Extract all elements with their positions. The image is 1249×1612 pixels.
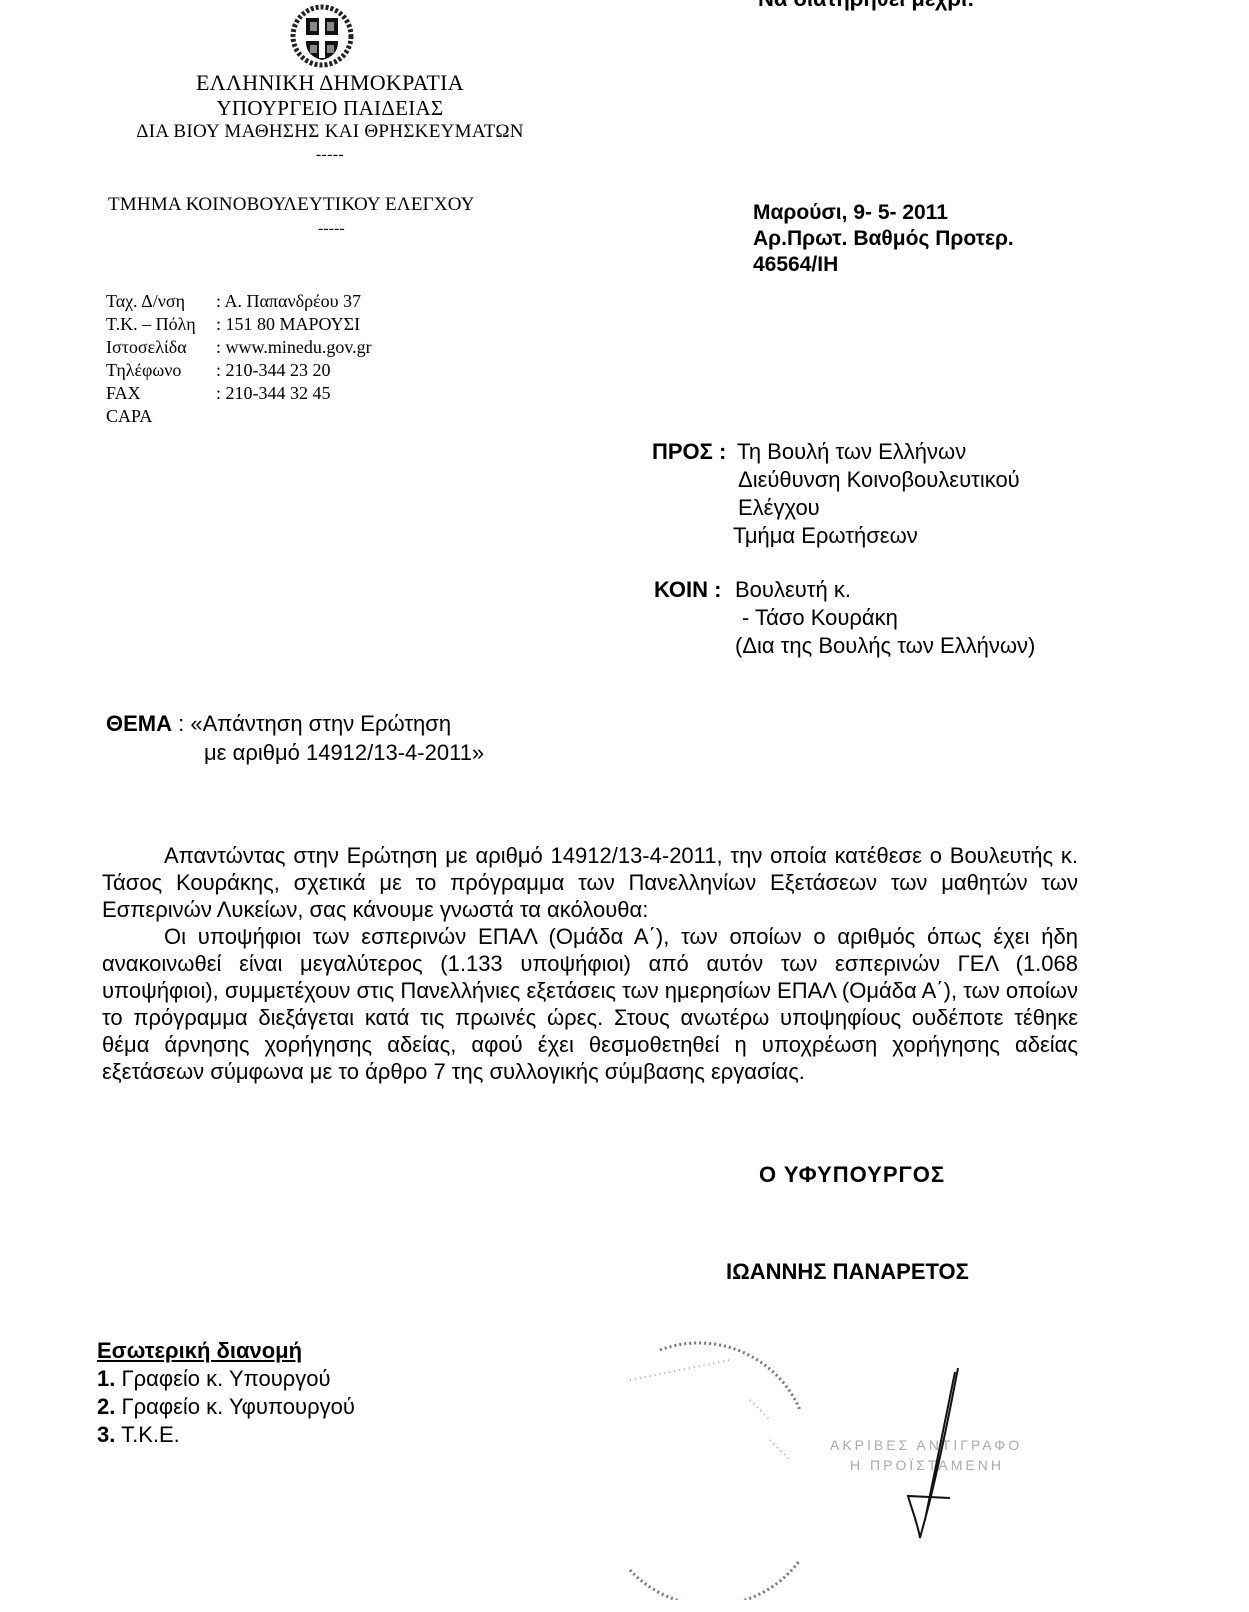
contact-row-address: Ταχ. Δ/νση: Α. Παπανδρέου 37 bbox=[106, 290, 372, 313]
distribution-title: Εσωτερική διανομή bbox=[97, 1337, 355, 1365]
contact-value: : 210-344 32 45 bbox=[216, 382, 331, 405]
subject-line-1: : «Απάντηση στην Ερώτηση bbox=[172, 711, 451, 736]
subject-label: ΘΕΜΑ bbox=[106, 711, 172, 736]
body-paragraph: Απαντώντας στην Ερώτηση με αριθμό 14912/… bbox=[102, 842, 1078, 923]
subject: ΘΕΜΑ : «Απάντηση στην Ερώτηση με αριθμό … bbox=[106, 709, 484, 767]
contact-value: : 151 80 ΜΑΡΟΥΣΙ bbox=[216, 313, 360, 336]
svg-text:ΑΚΡΙΒΕΣ ΑΝΤΙΓΡΑΦΟ: ΑΚΡΙΒΕΣ ΑΝΤΙΓΡΑΦΟ bbox=[830, 1437, 1022, 1453]
contact-row-phone: Τηλέφωνο: 210-344 23 20 bbox=[106, 359, 372, 382]
contact-label: Ταχ. Δ/νση bbox=[106, 290, 216, 313]
contact-row-website: Ιστοσελίδα: www.minedu.gov.gr bbox=[106, 336, 372, 359]
svg-text:Η ΠΡΟΪΣΤΑΜΕΝΗ: Η ΠΡΟΪΣΤΑΜΕΝΗ bbox=[850, 1457, 1004, 1473]
distribution-text: Γραφείο κ. Υπουργού bbox=[115, 1366, 330, 1391]
contact-row-capa: CAPA bbox=[106, 405, 372, 428]
place-date: Μαρούσι, 9- 5- 2011 bbox=[753, 200, 1014, 226]
distribution-number: 3. bbox=[97, 1422, 115, 1447]
cc-line: - Τάσο Κουράκη bbox=[735, 604, 1035, 632]
distribution-item: 1. Γραφείο κ. Υπουργού bbox=[97, 1365, 355, 1393]
contact-label: CAPA bbox=[106, 405, 216, 428]
distribution-item: 2. Γραφείο κ. Υφυπουργού bbox=[97, 1393, 355, 1421]
contact-value: : Α. Παπανδρέου 37 bbox=[216, 290, 361, 313]
body-paragraph: Οι υποψήφιοι των εσπερινών ΕΠΑΛ (Ομάδα Α… bbox=[102, 923, 1078, 1085]
signatory-name: ΙΩΑΝΝΗΣ ΠΑΝΑΡΕΤΟΣ bbox=[726, 1259, 969, 1285]
header-ministry-sub: ΔΙΑ ΒΙΟΥ ΜΑΘΗΣΗΣ ΚΑΙ ΘΡΗΣΚΕΥΜΑΤΩΝ bbox=[100, 121, 560, 143]
distribution-text: Τ.Κ.Ε. bbox=[115, 1422, 179, 1447]
letter-body: Απαντώντας στην Ερώτηση με αριθμό 14912/… bbox=[102, 842, 1078, 1085]
protocol-label: Αρ.Πρωτ. Βαθμός Προτερ. bbox=[753, 226, 1014, 252]
stamp-and-signature: ΑΚΡΙΒΕΣ ΑΝΤΙΓΡΑΦΟ Η ΠΡΟΪΣΤΑΜΕΝΗ bbox=[600, 1320, 1100, 1600]
to-line: Τη Βουλή των Ελλήνων bbox=[737, 438, 1020, 466]
greek-coat-of-arms-icon bbox=[290, 4, 354, 68]
department-name: ΤΜΗΜΑ ΚΟΙΝΟΒΟΥΛΕΥΤΙΚΟΥ ΕΛΕΓΧΟΥ bbox=[108, 194, 475, 216]
distribution-item: 3. Τ.Κ.Ε. bbox=[97, 1421, 355, 1449]
subject-line-2: με αριθμό 14912/13-4-2011» bbox=[106, 738, 484, 767]
to-label: ΠΡΟΣ : bbox=[652, 438, 726, 466]
to-recipient: Τη Βουλή των Ελλήνων Διεύθυνση Κοινοβουλ… bbox=[737, 438, 1020, 550]
contact-label: Τηλέφωνο bbox=[106, 359, 216, 382]
header-ministry: ΥΠΟΥΡΓΕΙΟ ΠΑΙΔΕΙΑΣ bbox=[100, 96, 560, 121]
internal-distribution: Εσωτερική διανομή 1. Γραφείο κ. Υπουργού… bbox=[97, 1337, 355, 1449]
to-line: Ελέγχου bbox=[737, 494, 1020, 522]
cc-recipient: Βουλευτή κ. - Τάσο Κουράκη (Δια της Βουλ… bbox=[735, 576, 1035, 660]
cc-label: ΚΟΙΝ : bbox=[654, 576, 721, 604]
contact-value: : 210-344 23 20 bbox=[216, 359, 331, 382]
contact-label: Ιστοσελίδα bbox=[106, 336, 216, 359]
distribution-text: Γραφείο κ. Υφυπουργού bbox=[115, 1394, 355, 1419]
document-meta: Μαρούσι, 9- 5- 2011 Αρ.Πρωτ. Βαθμός Προτ… bbox=[753, 200, 1014, 278]
contact-label: Τ.Κ. – Πόλη bbox=[106, 313, 216, 336]
contact-row-city: Τ.Κ. – Πόλη: 151 80 ΜΑΡΟΥΣΙ bbox=[106, 313, 372, 336]
contact-info: Ταχ. Δ/νση: Α. Παπανδρέου 37 Τ.Κ. – Πόλη… bbox=[106, 290, 372, 428]
signatory-title: Ο ΥΦΥΠΟΥΡΓΟΣ bbox=[759, 1162, 945, 1188]
contact-label: FAX bbox=[106, 382, 216, 405]
cc-line: Βουλευτή κ. bbox=[735, 576, 1035, 604]
header-republic: ΕΛΛΗΝΙΚΗ ΔΗΜΟΚΡΑΤΙΑ bbox=[100, 70, 560, 96]
protocol-number: 46564/ΙΗ bbox=[753, 252, 1014, 278]
distribution-number: 1. bbox=[97, 1366, 115, 1391]
contact-row-fax: FAX: 210-344 32 45 bbox=[106, 382, 372, 405]
retention-note-cutoff: Να διατηρηθεί μέχρι: bbox=[758, 0, 974, 12]
to-line: Διεύθυνση Κοινοβουλευτικού bbox=[737, 466, 1020, 494]
cc-line: (Δια της Βουλής των Ελλήνων) bbox=[735, 632, 1035, 660]
contact-value: : www.minedu.gov.gr bbox=[216, 336, 372, 359]
header-separator: ----- bbox=[100, 146, 560, 164]
department-separator: ----- bbox=[318, 220, 345, 238]
handwritten-signature-icon bbox=[908, 1368, 958, 1538]
distribution-number: 2. bbox=[97, 1394, 115, 1419]
official-stamp-icon: ΑΚΡΙΒΕΣ ΑΝΤΙΓΡΑΦΟ Η ΠΡΟΪΣΤΑΜΕΝΗ bbox=[630, 1343, 1022, 1600]
to-line: Τμήμα Ερωτήσεων bbox=[733, 522, 1020, 550]
